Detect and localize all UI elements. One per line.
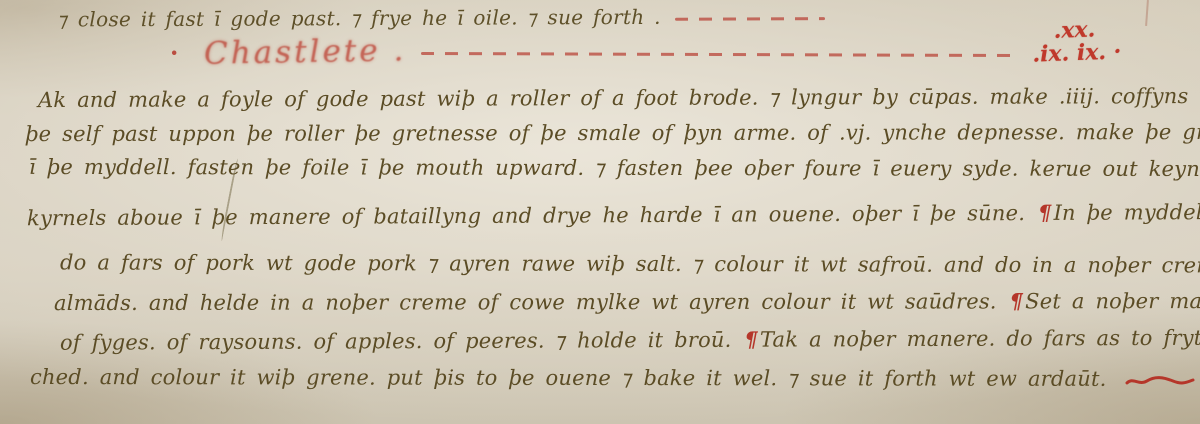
text-segment: ī þe myddell. fasten þe foile ī þe mouth…: [29, 155, 1200, 181]
text-segment: kyrnels aboue ī þe manere of bataillyng …: [27, 201, 1036, 230]
recipe-number: .xx. .ix. ix. ·: [1031, 15, 1183, 66]
pilcrow-mark: ¶: [1008, 288, 1026, 313]
text-segment: almāds. and helde in a noþer creme of co…: [54, 289, 1008, 315]
lead-dot: ·: [170, 38, 178, 67]
manuscript-line: ī þe myddell. fasten þe foile ī þe mouth…: [29, 155, 1200, 181]
manuscript-line: ched. and colour it wiþ grene. put þis t…: [30, 365, 1195, 391]
text-segment: of fyges. of raysouns. of apples. of pee…: [60, 328, 742, 355]
manuscript-line: Ak and make a foyle of gode past wiþ a r…: [38, 84, 1200, 112]
pilcrow-mark: ¶: [742, 327, 760, 352]
text-segment: Set a noþer mañ. ffars: [1025, 289, 1200, 313]
red-squiggle-filler: [1125, 374, 1195, 388]
heading-row: · Chastlete .: [170, 34, 1020, 70]
text-segment: do a fars of pork wt gode pork ⁊ ayren r…: [60, 250, 1200, 277]
manuscript-line: do a fars of pork wt gode pork ⁊ ayren r…: [60, 250, 1200, 277]
text-segment: Tak a noþer manere. do fars as to frytou…: [760, 325, 1200, 351]
text-segment: þe self past uppon þe roller þe gretness…: [25, 120, 1200, 146]
text-segment: In þe myddel coffyn: [1053, 200, 1200, 225]
manuscript-line: almāds. and helde in a noþer creme of co…: [54, 288, 1200, 315]
manuscript-page: ⁊ close it fast ī gode past. ⁊ frye he ī…: [0, 0, 1200, 424]
recipe-title: Chastlete .: [204, 32, 407, 72]
red-dash-filler: [421, 51, 1020, 56]
manuscript-line: kyrnels aboue ī þe manere of bataillyng …: [27, 199, 1200, 231]
red-dash-filler: [675, 17, 825, 21]
recipe-number-units: .ix. ix. ·: [1032, 38, 1183, 66]
manuscript-line: of fyges. of raysouns. of apples. of pee…: [60, 324, 1200, 354]
top-line-text: ⁊ close it fast ī gode past. ⁊ frye he ī…: [58, 5, 661, 32]
manuscript-line: þe self past uppon þe roller þe gretness…: [25, 120, 1200, 146]
text-segment: ched. and colour it wiþ grene. put þis t…: [30, 365, 1117, 391]
pilcrow-mark: ¶: [1036, 200, 1054, 225]
top-line: ⁊ close it fast ī gode past. ⁊ frye he ī…: [58, 3, 1180, 32]
text-segment: Ak and make a foyle of gode past wiþ a r…: [38, 84, 1200, 112]
